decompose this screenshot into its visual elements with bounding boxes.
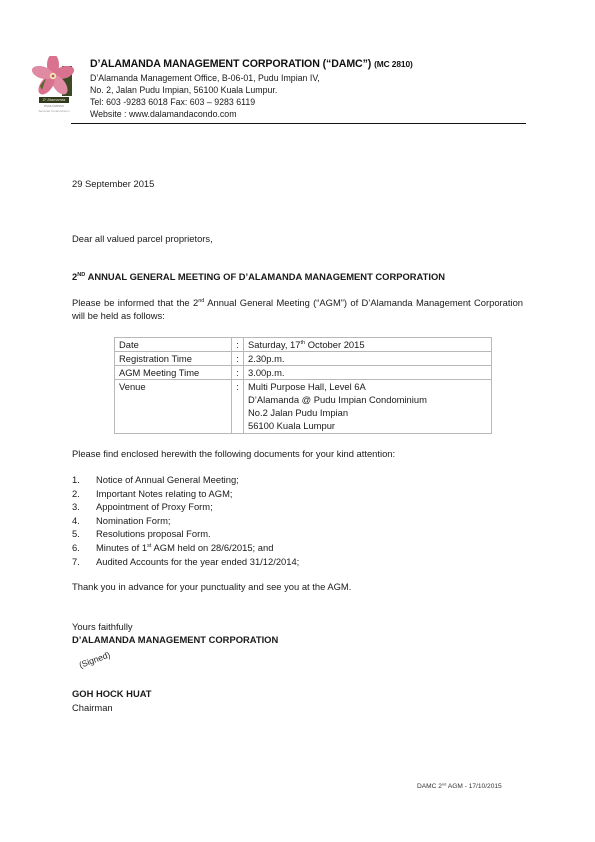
list-text: Resolutions proposal Form.	[96, 528, 211, 539]
address-line-2: No. 2, Jalan Pudu Impian, 56100 Kuala Lu…	[90, 85, 277, 95]
salutation: Dear all valued parcel proprietors,	[72, 232, 523, 245]
valediction: Yours faithfully	[72, 620, 523, 633]
venue-label: Venue	[115, 380, 232, 434]
intro-paragraph: Please be informed that the 2nd Annual G…	[72, 296, 523, 322]
list-item: 7.Audited Accounts for the year ended 31…	[72, 555, 299, 569]
list-number: 1.	[72, 473, 96, 487]
list-number: 3.	[72, 500, 96, 514]
list-item: 4.Nomination Form;	[72, 514, 299, 528]
list-item: 2.Important Notes relating to AGM;	[72, 487, 299, 501]
date-value: Saturday, 17th October 2015	[244, 338, 492, 352]
registration-value: 2.30p.m.	[244, 352, 492, 366]
list-number: 4.	[72, 514, 96, 528]
signatory-organization: D’ALAMANDA MANAGEMENT CORPORATION	[72, 633, 523, 646]
signatory-name: GOH HOCK HUAT	[72, 687, 523, 700]
list-text: Appointment of Proxy Form;	[96, 501, 213, 512]
separator: :	[232, 366, 244, 380]
footer-ref-text-end: AGM - 17/10/2015	[446, 783, 501, 790]
list-item: 6.Minutes of 1st AGM held on 28/6/2015; …	[72, 541, 299, 555]
separator: :	[232, 352, 244, 366]
list-item: 1.Notice of Annual General Meeting;	[72, 473, 299, 487]
letter-date: 29 September 2015	[72, 177, 523, 190]
contact-line: Tel: 603 -9283 6018 Fax: 603 – 9283 6119	[90, 97, 255, 107]
date-value-text: Saturday, 17	[248, 339, 300, 350]
list-number: 7.	[72, 555, 96, 569]
table-row-venue: Venue : Multi Purpose Hall, Level 6A D’A…	[115, 380, 492, 434]
flower-logo-icon	[32, 56, 78, 100]
header-divider	[71, 123, 526, 124]
agm-time-value: 3.00p.m.	[244, 366, 492, 380]
intro-text-start: Please be informed that the 2	[72, 297, 198, 308]
agm-time-label: AGM Meeting Time	[115, 366, 232, 380]
list-number: 5.	[72, 527, 96, 541]
org-name-text: D’ALAMANDA MANAGEMENT CORPORATION (“DAMC…	[90, 58, 371, 70]
table-row-agm-time: AGM Meeting Time : 3.00p.m.	[115, 366, 492, 380]
separator: :	[232, 380, 244, 434]
list-number: 6.	[72, 541, 96, 555]
list-item: 5.Resolutions proposal Form.	[72, 527, 299, 541]
signature: (Signed)	[78, 649, 112, 670]
list-text: Notice of Annual General Meeting;	[96, 474, 239, 485]
date-value-text-end: October 2015	[305, 339, 364, 350]
signatory-title: Chairman	[72, 701, 523, 714]
list-text-end: AGM held on 28/6/2015; and	[151, 542, 273, 553]
closing-note: Thank you in advance for your punctualit…	[72, 580, 523, 593]
list-text: Important Notes relating to AGM;	[96, 488, 233, 499]
venue-line: No.2 Jalan Pudu Impian	[248, 406, 487, 419]
logo-subtitle-2: Serviced Condominium	[34, 109, 74, 113]
venue-value: Multi Purpose Hall, Level 6A D’Alamanda …	[244, 380, 492, 434]
separator: :	[232, 338, 244, 352]
enclosures-list: 1.Notice of Annual General Meeting; 2.Im…	[72, 473, 299, 568]
table-row-date: Date : Saturday, 17th October 2015	[115, 338, 492, 352]
venue-line: Multi Purpose Hall, Level 6A	[248, 380, 487, 393]
company-logo: D' Alamanda PUDU IMPIAN Serviced Condomi…	[32, 56, 78, 118]
venue-line: 56100 Kuala Lumpur	[248, 419, 487, 433]
enclosures-intro: Please find enclosed herewith the follow…	[72, 447, 523, 460]
letter-subject: 2ND ANNUAL GENERAL MEETING OF D’ALAMANDA…	[72, 270, 523, 283]
list-text: Audited Accounts for the year ended 31/1…	[96, 556, 299, 567]
organization-name: D’ALAMANDA MANAGEMENT CORPORATION (“DAMC…	[90, 58, 413, 70]
meeting-details-table: Date : Saturday, 17th October 2015 Regis…	[114, 337, 492, 434]
footer-reference: DAMC 2nd AGM - 17/10/2015	[417, 783, 502, 790]
logo-band-text: D' Alamanda	[39, 97, 69, 103]
registration-label: Registration Time	[115, 352, 232, 366]
date-label: Date	[115, 338, 232, 352]
list-text: Nomination Form;	[96, 515, 171, 526]
website-line: Website : www.dalamandacondo.com	[90, 109, 237, 119]
venue-line: D’Alamanda @ Pudu Impian Condominium	[248, 393, 487, 406]
subject-text: ANNUAL GENERAL MEETING OF D’ALAMANDA MAN…	[85, 271, 445, 282]
list-number: 2.	[72, 487, 96, 501]
logo-subtitle: PUDU IMPIAN	[38, 104, 70, 108]
list-text: Minutes of 1	[96, 542, 147, 553]
address-line-1: D’Alamanda Management Office, B-06-01, P…	[90, 73, 320, 83]
list-item: 3.Appointment of Proxy Form;	[72, 500, 299, 514]
table-row-registration: Registration Time : 2.30p.m.	[115, 352, 492, 366]
org-code: (MC 2810)	[374, 59, 413, 69]
footer-ref-text: DAMC 2	[417, 783, 442, 790]
